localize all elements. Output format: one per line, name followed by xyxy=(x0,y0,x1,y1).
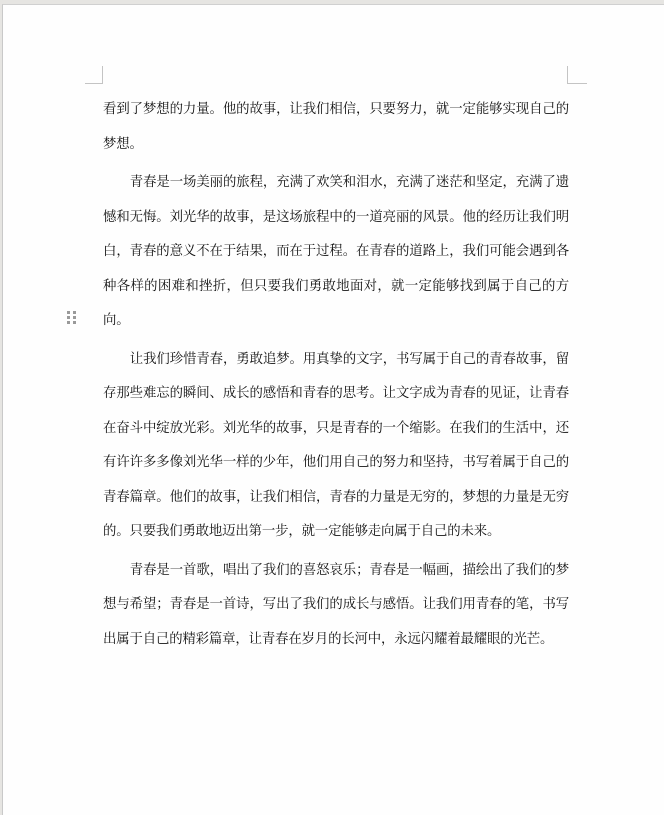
paragraph-4: 青春是一首歌，唱出了我们的喜怒哀乐；青春是一幅画，描绘出了我们的梦想与希望；青春… xyxy=(103,554,569,658)
top-left-margin-mark xyxy=(85,66,103,84)
top-right-margin-mark xyxy=(567,66,587,84)
paragraph-drag-handle-icon[interactable] xyxy=(67,311,77,327)
document-page: 看到了梦想的力量。他的故事，让我们相信，只要努力，就一定能够实现自己的梦想。 青… xyxy=(2,4,664,815)
document-body[interactable]: 看到了梦想的力量。他的故事，让我们相信，只要努力，就一定能够实现自己的梦想。 青… xyxy=(103,93,569,661)
paragraph-1: 看到了梦想的力量。他的故事，让我们相信，只要努力，就一定能够实现自己的梦想。 xyxy=(103,93,569,162)
paragraph-3: 让我们珍惜青春，勇敢追梦。用真挚的文字，书写属于自己的青春故事，留存那些难忘的瞬… xyxy=(103,343,569,550)
paragraph-2: 青春是一场美丽的旅程，充满了欢笑和泪水，充满了迷茫和坚定，充满了遗憾和无悔。刘光… xyxy=(103,166,569,339)
